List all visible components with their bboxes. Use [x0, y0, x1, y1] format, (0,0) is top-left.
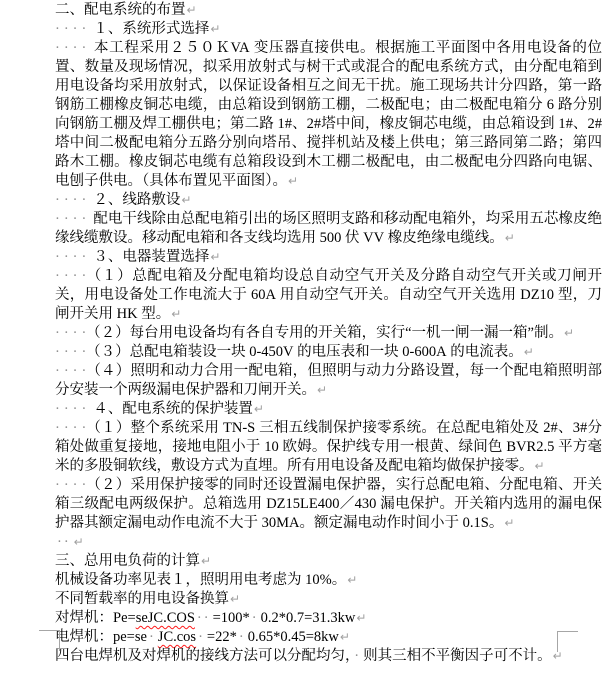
formula-electric-welder: 电焊机：pe=se·JC.cos·=22*·0.65*0.45=8kw↵	[55, 628, 602, 647]
line-space-marks: ··↵	[55, 533, 602, 552]
paragraph-mark-icon: ↵	[229, 592, 240, 606]
paragraph-mark-icon: ↵	[209, 250, 220, 264]
document-content: 二、配电系统的布置↵····１、系统形式选择↵····本工程采用２５０ＫVA 变…	[55, 1, 602, 666]
paragraph-mark-icon: ↵	[200, 554, 211, 568]
paragraph-mark-icon: ↵	[563, 326, 574, 340]
para-power-supply: ····本工程采用２５０ＫVA 变压器直接供电。根据施工平面图中各用电设备的位置…	[55, 39, 602, 191]
paragraph-mark-icon: ↵	[503, 516, 514, 530]
paragraph-mark-icon: ↵	[186, 3, 197, 17]
text-run: 三相五线制保护接零系统。在总配电箱处及	[255, 420, 543, 436]
text-run: ·	[352, 648, 363, 664]
text-run: ２、线路敷设	[93, 192, 180, 208]
para-protection-2: ····（２）采用保护接零的同时还设置漏电保护器，实行总配电箱、分配电箱、开关箱…	[55, 476, 602, 533]
space-marks: ····	[55, 325, 90, 341]
text-run: 2#	[588, 116, 603, 132]
paragraph-mark-icon: ↵	[73, 535, 84, 549]
text-run: BVR2.5	[506, 439, 554, 455]
space-marks: ····	[55, 344, 90, 360]
para-line-laying: ····配电干线除由总配电箱引出的场区照明支路和移动配电箱外，均采用五芯橡皮绝缘…	[55, 210, 602, 248]
space-marks: ····	[55, 211, 90, 227]
paragraph-mark-icon: ↵	[523, 345, 534, 359]
text-run: Pe=	[113, 610, 136, 626]
text-run: １、系统形式选择	[93, 21, 209, 37]
text-run: 0.65*0.45=8kw	[248, 629, 339, 645]
para-item-2-switch-box: ····（２）每台用电设备均有各自专用的开关箱，实行“一机一闸一漏一箱”制。↵	[55, 324, 602, 343]
paragraph-mark-icon: ↵	[504, 231, 515, 245]
subheading-protection-devices: ····４、配电系统的保护装置↵	[55, 400, 602, 419]
text-run: 机械设备功率见表１，照明用电考虑为	[55, 572, 305, 588]
heading-section-3: 三、总用电负荷的计算↵	[55, 552, 602, 571]
text-run: 0-600A	[402, 344, 446, 360]
text-run: 二、配电系统的布置	[55, 2, 186, 18]
subheading-electrical-devices: ····３、电器装置选择↵	[55, 248, 602, 267]
paragraph-mark-icon: ↵	[253, 402, 264, 416]
text-run: =22*	[207, 629, 237, 645]
text-run: 10%	[305, 572, 332, 588]
subheading-system-form: ····１、系统形式选择↵	[55, 20, 602, 39]
text-run: TN-S	[223, 420, 255, 436]
text-run: pe=se	[113, 629, 147, 645]
para-welder-wiring: 四台电焊机及对焊机的接线方法可以分配均匀，·则其三相不平衡因子可不计。↵	[55, 647, 602, 666]
space-marks: ····	[55, 477, 90, 493]
para-item-3-meters: ····（３）总配电箱装设一块 0-450V 的电压表和一块 0-600A 的电…	[55, 343, 602, 362]
paragraph-mark-icon: ↵	[346, 573, 357, 587]
para-item-1-air-switch: ····（１）总配电箱及分配电箱均设总自动空气开关及分路自动空气开关或刀闸开关，…	[55, 267, 602, 324]
text-run: 30MA	[262, 515, 300, 531]
paragraph-mark-icon: ↵	[339, 630, 350, 644]
spellcheck-flagged-text: seJC.COS	[136, 610, 195, 626]
text-run: VA	[231, 40, 250, 56]
paragraph-mark-icon: ↵	[209, 22, 220, 36]
text-run: （３）总配电箱装设一块	[93, 344, 249, 360]
space-marks: ····	[55, 249, 90, 265]
space-marks: ····	[55, 192, 90, 208]
space-marks: ····	[55, 21, 90, 37]
text-run: 用自动空气开关。自动空气开关选用	[276, 287, 520, 303]
text-run: 1#	[278, 116, 293, 132]
text-run: VV	[363, 230, 384, 246]
text-run: 2#	[543, 420, 558, 436]
subheading-line-laying: ····２、线路敷设↵	[55, 191, 602, 210]
text-run: 。	[489, 515, 504, 531]
text-run: ··	[195, 610, 213, 626]
text-run: ·	[196, 629, 207, 645]
text-run: 电焊机：	[55, 629, 113, 645]
space-marks: ····	[55, 363, 90, 379]
crop-mark-bottom-right	[557, 631, 578, 652]
text-run: 则其三相不平衡因子可不计。	[363, 648, 552, 664]
paragraph-mark-icon: ↵	[170, 307, 181, 321]
paragraph-mark-icon: ↵	[180, 193, 191, 207]
document-page: 二、配电系统的布置↵····１、系统形式选择↵····本工程采用２５０ＫVA 变…	[0, 0, 610, 683]
para-conversion-note: 不同暂载率的用电设备换算↵	[55, 590, 602, 609]
text-run: DZ15LE400／430	[266, 496, 376, 512]
text-run: 对焊机：	[55, 610, 113, 626]
text-run: 500	[320, 230, 342, 246]
text-run: 3#	[573, 420, 588, 436]
text-run: （２）每台用电设备均有各自专用的开关箱，实行“一机一闸一漏一箱”制。	[93, 325, 563, 341]
text-run: 塔中间二极配电箱分五路分别向塔吊、搅拌机站及楼上供电；第三路同第二路；第四路木工…	[55, 135, 602, 189]
text-run: 本工程采用２５０Ｋ	[93, 40, 230, 56]
space-marks: ····	[55, 401, 90, 417]
space-marks: ····	[55, 268, 90, 284]
para-mechanical-power: 机械设备功率见表１，照明用电考虑为 10%。↵	[55, 571, 602, 590]
text-run: 0-450V	[249, 344, 293, 360]
space-marks: ····	[55, 40, 90, 56]
text-run: 1#	[558, 116, 573, 132]
paragraph-mark-icon: ↵	[287, 174, 298, 188]
text-run: 、	[292, 116, 307, 132]
text-run: ·	[237, 629, 248, 645]
text-run: （１）整个系统采用	[93, 420, 223, 436]
text-run: 2#	[307, 116, 322, 132]
space-marks: ····	[55, 420, 90, 436]
text-run: 三、总用电负荷的计算	[55, 553, 200, 569]
text-run: 不同暂载率的用电设备换算	[55, 591, 229, 607]
text-run: ３、电器装置选择	[93, 249, 209, 265]
paragraph-mark-icon: ↵	[316, 383, 327, 397]
text-run: 。额定漏电动作时间小于	[300, 515, 463, 531]
text-run: 型。	[138, 306, 171, 322]
text-run: 的电压表和一块	[294, 344, 403, 360]
paragraph-mark-icon: ↵	[355, 611, 366, 625]
text-run: 橡皮绝缘电缆线。	[384, 230, 504, 246]
text-run: 0.1S	[463, 515, 489, 531]
text-run: ··	[55, 534, 73, 550]
text-run: 四台电焊机及对焊机的接线方法可以分配均匀，	[55, 648, 352, 664]
text-run: 10	[264, 439, 279, 455]
text-run: 。	[332, 572, 347, 588]
text-run: 、	[558, 420, 573, 436]
text-run: ·	[250, 610, 261, 626]
text-run: ４、配电系统的保护装置	[93, 401, 253, 417]
text-run: 、	[573, 116, 588, 132]
heading-section-2: 二、配电系统的布置↵	[55, 1, 602, 20]
text-run: 塔中间，橡皮铜芯电缆，由总箱设到	[321, 116, 558, 132]
spellcheck-flagged-text: JC.cos	[158, 629, 196, 645]
text-run: 0.2*0.7=31.3kw	[261, 610, 356, 626]
text-run: 6	[547, 97, 554, 113]
text-run: 欧姆。保护线专用一根黄、绿间色	[279, 439, 507, 455]
text-run: 伏	[341, 230, 363, 246]
text-run: DZ10	[520, 287, 554, 303]
crop-mark-bottom-left	[39, 630, 60, 651]
text-run: HK	[117, 306, 138, 322]
text-run: =100*	[213, 610, 250, 626]
para-protection-1: ····（１）整个系统采用 TN-S 三相五线制保护接零系统。在总配电箱处及 2…	[55, 419, 602, 476]
text-run: （４）照明和动力合用一配电箱，但照明与动力分路设置，每一个配电箱照明部分安装一个…	[55, 363, 602, 398]
formula-butt-welder: 对焊机：Pe=seJC.COS··=100*·0.2*0.7=31.3kw↵	[55, 609, 602, 628]
para-item-4-lighting: ····（４）照明和动力合用一配电箱，但照明与动力分路设置，每一个配电箱照明部分…	[55, 362, 602, 400]
text-run: ·	[147, 629, 158, 645]
text-run: 的电流表。	[447, 344, 523, 360]
text-run: 60A	[251, 287, 276, 303]
paragraph-mark-icon: ↵	[534, 459, 545, 473]
